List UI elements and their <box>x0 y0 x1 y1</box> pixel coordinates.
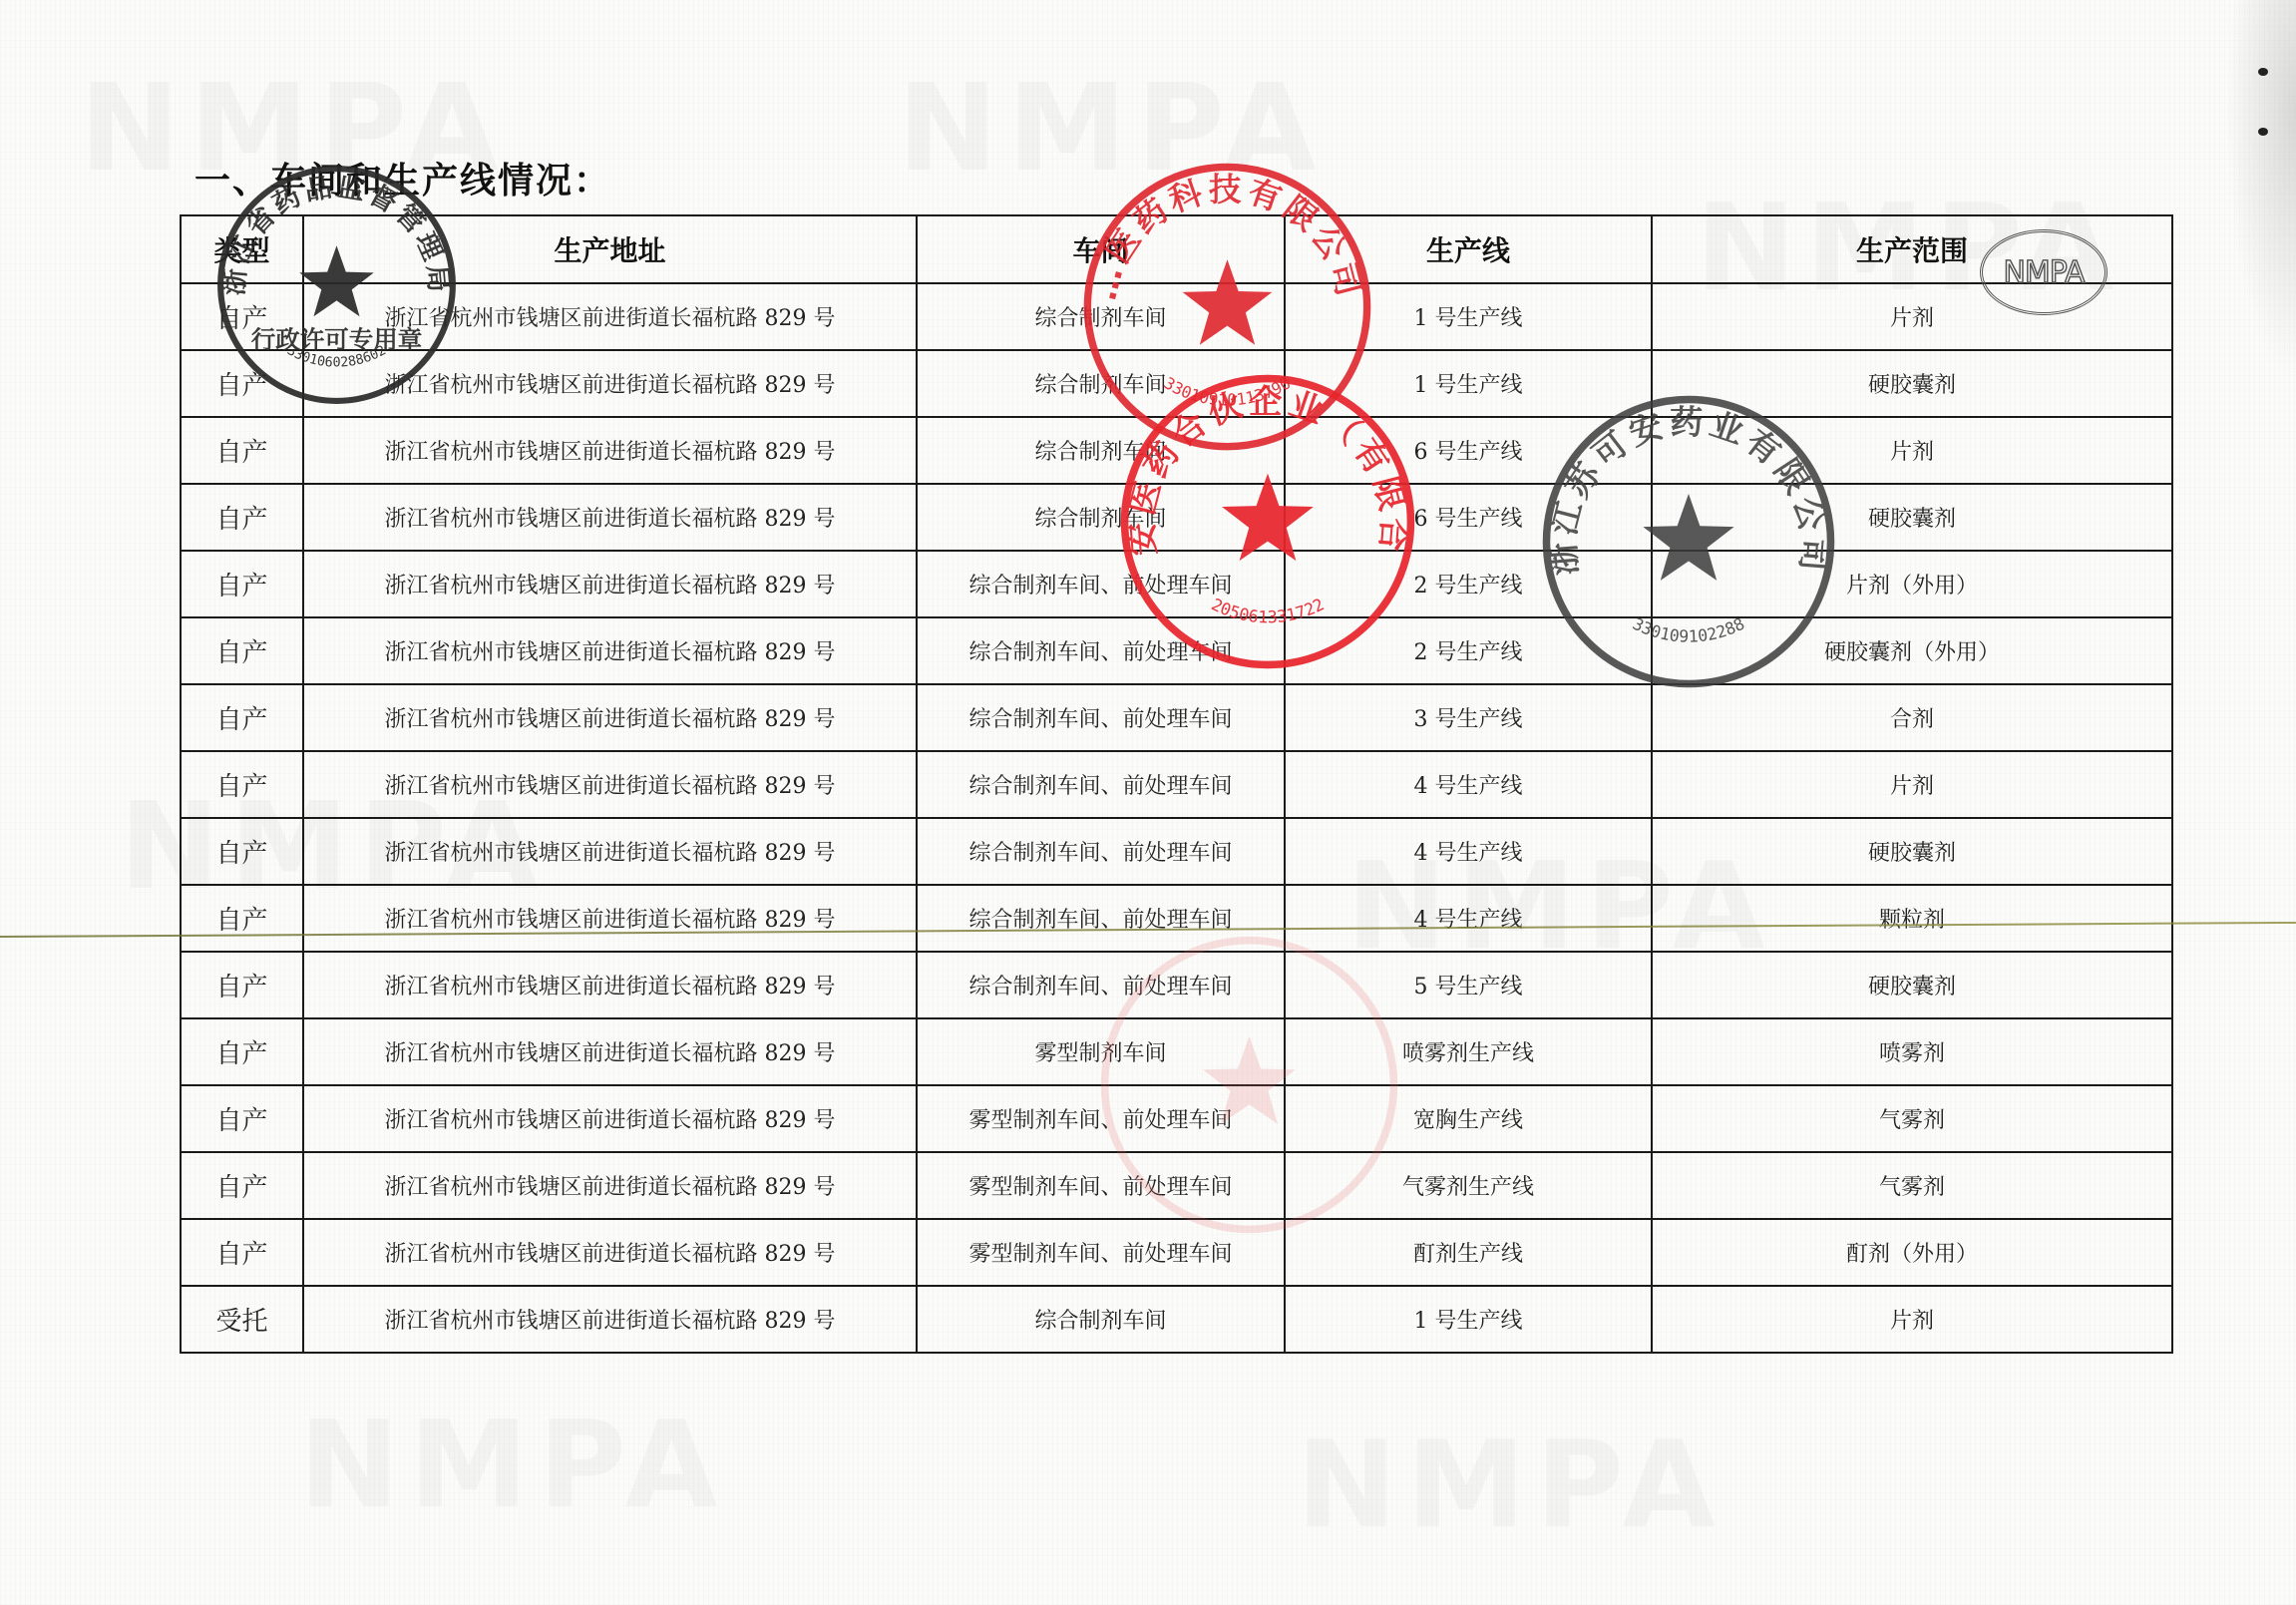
production-line-cell: 1 号生产线 <box>1285 1286 1652 1353</box>
workshop-cell: 综合制剂车间、前处理车间 <box>917 551 1285 617</box>
table-row: 自产浙江省杭州市钱塘区前进街道长福杭路 829 号综合制剂车间、前处理车间3 号… <box>181 684 2172 751</box>
type-cell: 自产 <box>181 1152 303 1219</box>
scanned-page: NMPA NMPA NMPA NMPA NMPA NMPA NMPA 一、车间和… <box>0 0 2296 1605</box>
type-cell: 自产 <box>181 818 303 885</box>
section-title: 一、车间和生产线情况： <box>194 153 611 203</box>
production-line-cell: 2 号生产线 <box>1285 551 1652 617</box>
nmpa-logo: NMPA <box>1980 229 2107 315</box>
workshop-cell: 综合制剂车间、前处理车间 <box>917 684 1285 751</box>
table-row: 自产浙江省杭州市钱塘区前进街道长福杭路 829 号综合制剂车间、前处理车间2 号… <box>181 617 2172 684</box>
type-cell: 自产 <box>181 1219 303 1286</box>
production-line-cell: 4 号生产线 <box>1285 751 1652 818</box>
type-cell: 自产 <box>181 684 303 751</box>
workshop-cell: 综合制剂车间 <box>917 283 1285 350</box>
workshop-cell: 综合制剂车间、前处理车间 <box>917 952 1285 1018</box>
header-workshop: 车间 <box>917 215 1285 283</box>
address-cell: 浙江省杭州市钱塘区前进街道长福杭路 829 号 <box>303 751 917 818</box>
type-cell: 受托 <box>181 1286 303 1353</box>
table-row: 自产浙江省杭州市钱塘区前进街道长福杭路 829 号雾型制剂车间喷雾剂生产线喷雾剂 <box>181 1018 2172 1085</box>
type-cell: 自产 <box>181 885 303 952</box>
type-cell: 自产 <box>181 484 303 551</box>
table-row: 自产浙江省杭州市钱塘区前进街道长福杭路 829 号综合制剂车间、前处理车间5 号… <box>181 952 2172 1018</box>
address-cell: 浙江省杭州市钱塘区前进街道长福杭路 829 号 <box>303 417 917 484</box>
production-scope-cell: 片剂 <box>1652 417 2172 484</box>
type-cell: 自产 <box>181 350 303 417</box>
table-row: 自产浙江省杭州市钱塘区前进街道长福杭路 829 号雾型制剂车间、前处理车间气雾剂… <box>181 1152 2172 1219</box>
address-cell: 浙江省杭州市钱塘区前进街道长福杭路 829 号 <box>303 1286 917 1353</box>
address-cell: 浙江省杭州市钱塘区前进街道长福杭路 829 号 <box>303 1018 917 1085</box>
type-cell: 自产 <box>181 952 303 1018</box>
workshop-cell: 综合制剂车间、前处理车间 <box>917 751 1285 818</box>
workshop-cell: 雾型制剂车间、前处理车间 <box>917 1085 1285 1152</box>
production-scope-cell: 气雾剂 <box>1652 1152 2172 1219</box>
table-row: 自产浙江省杭州市钱塘区前进街道长福杭路 829 号雾型制剂车间、前处理车间酊剂生… <box>181 1219 2172 1286</box>
production-line-cell: 气雾剂生产线 <box>1285 1152 1652 1219</box>
production-scope-cell: 硬胶囊剂 <box>1652 484 2172 551</box>
table-row: 受托浙江省杭州市钱塘区前进街道长福杭路 829 号综合制剂车间1 号生产线片剂 <box>181 1286 2172 1353</box>
address-cell: 浙江省杭州市钱塘区前进街道长福杭路 829 号 <box>303 283 917 350</box>
production-line-cell: 4 号生产线 <box>1285 818 1652 885</box>
production-scope-cell: 片剂（外用） <box>1652 551 2172 617</box>
type-cell: 自产 <box>181 1018 303 1085</box>
table-row: 自产浙江省杭州市钱塘区前进街道长福杭路 829 号综合制剂车间、前处理车间4 号… <box>181 818 2172 885</box>
table-row: 自产浙江省杭州市钱塘区前进街道长福杭路 829 号综合制剂车间、前处理车间2 号… <box>181 551 2172 617</box>
production-scope-cell: 硬胶囊剂（外用） <box>1652 617 2172 684</box>
type-cell: 自产 <box>181 1085 303 1152</box>
production-line-cell: 6 号生产线 <box>1285 417 1652 484</box>
address-cell: 浙江省杭州市钱塘区前进街道长福杭路 829 号 <box>303 684 917 751</box>
address-cell: 浙江省杭州市钱塘区前进街道长福杭路 829 号 <box>303 551 917 617</box>
punch-hole <box>2258 68 2268 76</box>
production-scope-cell: 合剂 <box>1652 684 2172 751</box>
table-row: 自产浙江省杭州市钱塘区前进街道长福杭路 829 号综合制剂车间1 号生产线片剂 <box>181 283 2172 350</box>
production-line-cell: 宽胸生产线 <box>1285 1085 1652 1152</box>
workshop-cell: 综合制剂车间 <box>917 484 1285 551</box>
production-line-cell: 6 号生产线 <box>1285 484 1652 551</box>
table-row: 自产浙江省杭州市钱塘区前进街道长福杭路 829 号综合制剂车间6 号生产线片剂 <box>181 417 2172 484</box>
table-row: 自产浙江省杭州市钱塘区前进街道长福杭路 829 号综合制剂车间、前处理车间4 号… <box>181 751 2172 818</box>
production-scope-cell: 酊剂（外用） <box>1652 1219 2172 1286</box>
production-line-cell: 喷雾剂生产线 <box>1285 1018 1652 1085</box>
workshop-cell: 综合制剂车间 <box>917 1286 1285 1353</box>
address-cell: 浙江省杭州市钱塘区前进街道长福杭路 829 号 <box>303 952 917 1018</box>
page-edge-shadow <box>2226 0 2296 379</box>
production-scope-cell: 气雾剂 <box>1652 1085 2172 1152</box>
table-row: 自产浙江省杭州市钱塘区前进街道长福杭路 829 号综合制剂车间6 号生产线硬胶囊… <box>181 484 2172 551</box>
production-scope-cell: 硬胶囊剂 <box>1652 350 2172 417</box>
production-line-cell: 2 号生产线 <box>1285 617 1652 684</box>
address-cell: 浙江省杭州市钱塘区前进街道长福杭路 829 号 <box>303 818 917 885</box>
production-line-cell: 酊剂生产线 <box>1285 1219 1652 1286</box>
watermark: NMPA <box>1297 1416 1725 1555</box>
production-scope-cell: 喷雾剂 <box>1652 1018 2172 1085</box>
production-line-cell: 3 号生产线 <box>1285 684 1652 751</box>
production-line-cell: 5 号生产线 <box>1285 952 1652 1018</box>
address-cell: 浙江省杭州市钱塘区前进街道长福杭路 829 号 <box>303 885 917 952</box>
workshop-cell: 雾型制剂车间 <box>917 1018 1285 1085</box>
header-address: 生产地址 <box>303 215 917 283</box>
header-type: 类型 <box>181 215 303 283</box>
workshop-cell: 雾型制剂车间、前处理车间 <box>917 1219 1285 1286</box>
address-cell: 浙江省杭州市钱塘区前进街道长福杭路 829 号 <box>303 1152 917 1219</box>
production-scope-cell: 颗粒剂 <box>1652 885 2172 952</box>
workshop-cell: 综合制剂车间、前处理车间 <box>917 885 1285 952</box>
production-line-cell: 1 号生产线 <box>1285 283 1652 350</box>
type-cell: 自产 <box>181 417 303 484</box>
address-cell: 浙江省杭州市钱塘区前进街道长福杭路 829 号 <box>303 1085 917 1152</box>
production-scope-cell: 片剂 <box>1652 1286 2172 1353</box>
production-scope-cell: 硬胶囊剂 <box>1652 818 2172 885</box>
workshop-cell: 综合制剂车间、前处理车间 <box>917 818 1285 885</box>
workshop-cell: 综合制剂车间 <box>917 350 1285 417</box>
type-cell: 自产 <box>181 551 303 617</box>
watermark: NMPA <box>898 60 1327 199</box>
address-cell: 浙江省杭州市钱塘区前进街道长福杭路 829 号 <box>303 617 917 684</box>
type-cell: 自产 <box>181 751 303 818</box>
production-scope-cell: 硬胶囊剂 <box>1652 952 2172 1018</box>
type-cell: 自产 <box>181 617 303 684</box>
type-cell: 自产 <box>181 283 303 350</box>
table-header-row: 类型 生产地址 车间 生产线 生产范围 <box>181 215 2172 283</box>
workshop-cell: 雾型制剂车间、前处理车间 <box>917 1152 1285 1219</box>
watermark: NMPA <box>299 1397 728 1535</box>
address-cell: 浙江省杭州市钱塘区前进街道长福杭路 829 号 <box>303 484 917 551</box>
production-line-cell: 1 号生产线 <box>1285 350 1652 417</box>
production-scope-cell: 片剂 <box>1652 751 2172 818</box>
address-cell: 浙江省杭州市钱塘区前进街道长福杭路 829 号 <box>303 350 917 417</box>
table-row: 自产浙江省杭州市钱塘区前进街道长福杭路 829 号综合制剂车间、前处理车间4 号… <box>181 885 2172 952</box>
table-row: 自产浙江省杭州市钱塘区前进街道长福杭路 829 号雾型制剂车间、前处理车间宽胸生… <box>181 1085 2172 1152</box>
workshop-cell: 综合制剂车间、前处理车间 <box>917 617 1285 684</box>
workshop-cell: 综合制剂车间 <box>917 417 1285 484</box>
header-production-line: 生产线 <box>1285 215 1652 283</box>
punch-hole <box>2258 128 2268 136</box>
table-row: 自产浙江省杭州市钱塘区前进街道长福杭路 829 号综合制剂车间1 号生产线硬胶囊… <box>181 350 2172 417</box>
address-cell: 浙江省杭州市钱塘区前进街道长福杭路 829 号 <box>303 1219 917 1286</box>
workshop-production-line-table: 类型 生产地址 车间 生产线 生产范围 自产浙江省杭州市钱塘区前进街道长福杭路 … <box>180 214 2173 1354</box>
production-line-cell: 4 号生产线 <box>1285 885 1652 952</box>
